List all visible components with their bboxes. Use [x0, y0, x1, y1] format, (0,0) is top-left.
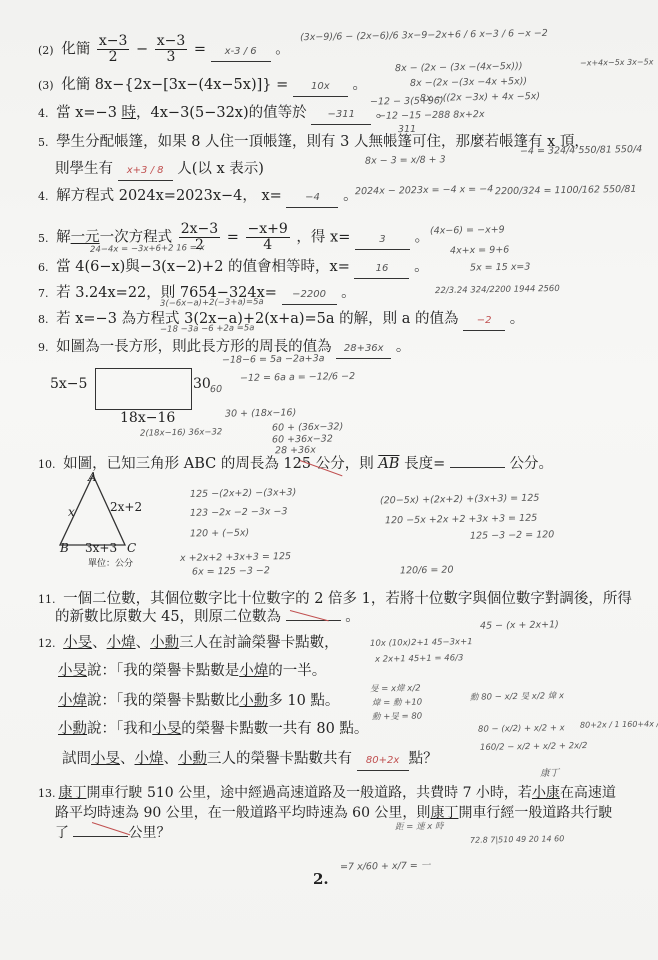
scratch-q5-2: 4x+x = 9+6: [450, 244, 509, 256]
answer-blank-12[interactable]: 80+2x: [357, 752, 409, 771]
answer-blank-tent[interactable]: x+3 / 8: [118, 162, 173, 181]
question-13-line2: 路平均時速為 90 公里，在一般道路平均時速為 60 公里，則康丁開車行經一般道…: [55, 804, 612, 822]
scratch-q9-1: −18−6 = 5a −2a+3a: [222, 353, 325, 366]
question-4: 4. 當 x=−3 時，4x−3(5−32x)的值等於 −311 。: [38, 104, 390, 125]
question-3: (3) 化簡 8x−{2x−[3x−(4x−5x)]} = 10x 。: [38, 76, 367, 97]
fraction-right: −x+94: [246, 222, 290, 253]
scratch-q12-7: 80+2x / 1 160+4x / 2: [580, 719, 658, 730]
answer-blank-solve[interactable]: −4: [286, 189, 338, 208]
scratch-q10-right-2: 120 −5x +2x +2 +3x +3 = 125: [385, 513, 537, 527]
vertex-b: B: [60, 541, 69, 555]
rectangle-left-label: 5x−5: [50, 376, 87, 392]
question-8: 8. 若 x=−3 為方程式 3(2x−a)+2(x+a)=5a 的解，則 a …: [38, 310, 524, 331]
scratch-q9-left: 2(18x−16) 36x−32: [140, 427, 222, 438]
question-13-line3: 了 公里？: [55, 824, 170, 842]
scratch-q10-right-4: 120/6 = 20: [400, 565, 454, 577]
vertex-a: A: [88, 470, 97, 484]
answer-blank-13[interactable]: [73, 836, 128, 837]
scratch-q9-5: 60 +36x−32: [272, 433, 333, 445]
question-tent: 5. 學生分配帳篷，如果 8 人住一頂帳篷，則有 3 人無帳篷可住，那麼若帳篷有…: [38, 133, 589, 152]
side-bc-label: 3x+3: [85, 541, 117, 555]
scratch-q12-1: 旻 = x煒 x/2: [370, 682, 421, 695]
vertex-c: C: [127, 541, 136, 555]
scratch-q13-3: 72.8 7|510 49 20 14 60: [470, 834, 564, 845]
scratch-tent: 8x − 3 = x/8 + 3: [365, 154, 446, 166]
question-solve-equation: 4. 解方程式 2024x=2023x−4， x= −4 。: [38, 187, 358, 208]
scratch-solve: 2024x − 2023x = −4 x = −4: [355, 184, 493, 197]
worksheet-page: (2) 化簡 x−32 − x−33 = x-3 / 6 。 (3) 化簡 8x…: [0, 0, 658, 960]
answer-blank-8[interactable]: −2: [463, 312, 505, 331]
rectangle-bottom-label: 18x−16: [120, 410, 175, 426]
scratch-q13-1: 距 = 速 x 時: [395, 820, 444, 833]
page-number: 2.: [313, 870, 329, 888]
scratch-q10-right-1: (20−5x) +(2x+2) +(3x+3) = 125: [380, 493, 540, 507]
scratch-q9-6: 28 +36x: [275, 445, 316, 457]
question-6: 6. 當 4(6−x)與−3(x−2)+2 的值會相等時，x= 16 。: [38, 258, 429, 279]
scratch-q9-4: 60 + (36x−32): [272, 421, 343, 433]
question-12: 12. 小旻、小煒、小勳三人在討論榮譽卡點數，: [38, 634, 339, 653]
answer-blank-7[interactable]: −2200: [282, 286, 337, 305]
scratch-q5-1: (4x−6) = −x+9: [430, 224, 505, 236]
rectangle-right-label: 30: [193, 376, 211, 392]
unit-label: 單位：公分: [88, 556, 133, 569]
answer-blank-10[interactable]: [450, 467, 505, 468]
side-ac-label: 2x+2: [110, 500, 142, 514]
scratch-q12-5: 80 − (x/2) + x/2 + x: [478, 723, 565, 735]
scratch-q11-2: 10x (10x)2+1 45−3x+1: [370, 637, 473, 649]
answer-blank-4[interactable]: −311: [311, 106, 371, 125]
question-2: (2) 化簡 x−32 − x−33 = x-3 / 6 。: [38, 34, 290, 65]
scratch-q10-right-3: 125 −3 −2 = 120: [470, 529, 554, 541]
scratch-q3-side: −x+4x−5x 3x−5x: [580, 57, 654, 67]
rectangle-figure: [95, 368, 192, 410]
fraction-2: x−33: [155, 34, 188, 65]
answer-blank-5[interactable]: 3: [355, 231, 410, 250]
answer-blank-11[interactable]: [286, 620, 341, 621]
fraction-1: x−32: [97, 34, 130, 65]
scratch-q10-5: 6x = 125 −3 −2: [192, 565, 270, 577]
statement-2: 小煒說：「我的榮譽卡點數比小勳多 10 點。: [58, 692, 339, 710]
scratch-q11-1: 45 − (x + 2x+1): [480, 619, 559, 631]
scratch-q12-4: 勳 80 − x/2 旻 x/2 煒 x: [470, 689, 564, 703]
scratch-q12-kang: 康丁: [540, 765, 559, 779]
scratch-q13-2: =7 x/60 + x/7 = 一: [340, 857, 431, 873]
scratch-q4-3: 311: [398, 124, 416, 135]
answer-blank-6[interactable]: 16: [354, 260, 409, 279]
scratch-q8-1: 3(−6x−a)+2(−3+a)=5a: [160, 297, 264, 309]
scratch-q9-3: 30 + (18x−16): [225, 407, 296, 419]
statement-1: 小旻說：「我的榮譽卡點數是小煒的一半。: [58, 662, 326, 680]
answer-blank-2[interactable]: x-3 / 6: [211, 43, 271, 62]
side-ab-label: x: [68, 505, 75, 519]
question-tent-line2: 則學生有 x+3 / 8 人(以 x 表示): [55, 160, 264, 181]
rectangle-right-note: 60: [210, 384, 222, 395]
scratch-right-1: −4 = 324/4 550/81 550/4: [520, 144, 642, 157]
scratch-q7: 22/3.24 324/2200 1944 2560: [435, 284, 560, 296]
scratch-q12-6: 160/2 − x/2 + x/2 + 2x/2: [480, 741, 588, 753]
scratch-q3-1: 8x − (2x − (3x −(4x−5x))): [395, 61, 523, 74]
scratch-q9-2: −12 = 6a a = −12/6 −2: [240, 371, 355, 384]
scratch-q4-1: −12 − 3(5+96): [370, 95, 444, 107]
scratch-q3-2: 8x −(2x −(3x −4x +5x)): [410, 76, 527, 89]
scratch-q11-3: x 2x+1 45+1 = 46/3: [375, 653, 464, 665]
scratch-q10-4: x +2x+2 +3x+3 = 125: [180, 551, 291, 564]
question-12-ask: 試問小旻、小煒、小勳三人的榮譽卡點數共有 80+2x點？: [62, 750, 438, 771]
scratch-q5-under: 24−4x = −3x+6+2 16 = x: [90, 243, 205, 255]
scratch-q2: (3x−9)/6 − (2x−6)/6 3x−9−2x+6 / 6 x−3 / …: [300, 28, 548, 43]
scratch-q10-2: 123 −2x −2 −3x −3: [190, 506, 288, 519]
scratch-q12-2: 煒 = 勳 +10: [372, 696, 422, 709]
scratch-q10-3: 120 + (−5x): [190, 527, 249, 539]
scratch-q8-2: −18 −3a −6 +2a =5a: [160, 323, 255, 335]
scratch-q4-2: −12 −15 −288 8x+2x: [378, 109, 485, 122]
question-13: 13.康丁開車行駛 510 公里，途中經過高速道路及一般道路，共費時 7 小時，…: [38, 784, 616, 803]
answer-blank-9[interactable]: 28+36x: [336, 340, 391, 359]
statement-3: 小勳說：「我和小旻的榮譽卡點數一共有 80 點。: [58, 720, 368, 738]
scratch-q10-1: 125 −(2x+2) −(3x+3): [190, 487, 296, 500]
question-11: 11. 一個二位數，其個位數字比十位數字的 2 倍多 1，若將十位數字與個位數字…: [38, 590, 632, 609]
answer-blank-3[interactable]: 10x: [293, 78, 348, 97]
segment-ab: AB: [378, 456, 399, 472]
scratch-q5-3: 5x = 15 x=3: [470, 261, 531, 273]
scratch-q12-3: 勳 +旻 = 80: [372, 710, 422, 723]
scratch-right-2: 2200/324 = 1100/162 550/81: [495, 184, 637, 197]
